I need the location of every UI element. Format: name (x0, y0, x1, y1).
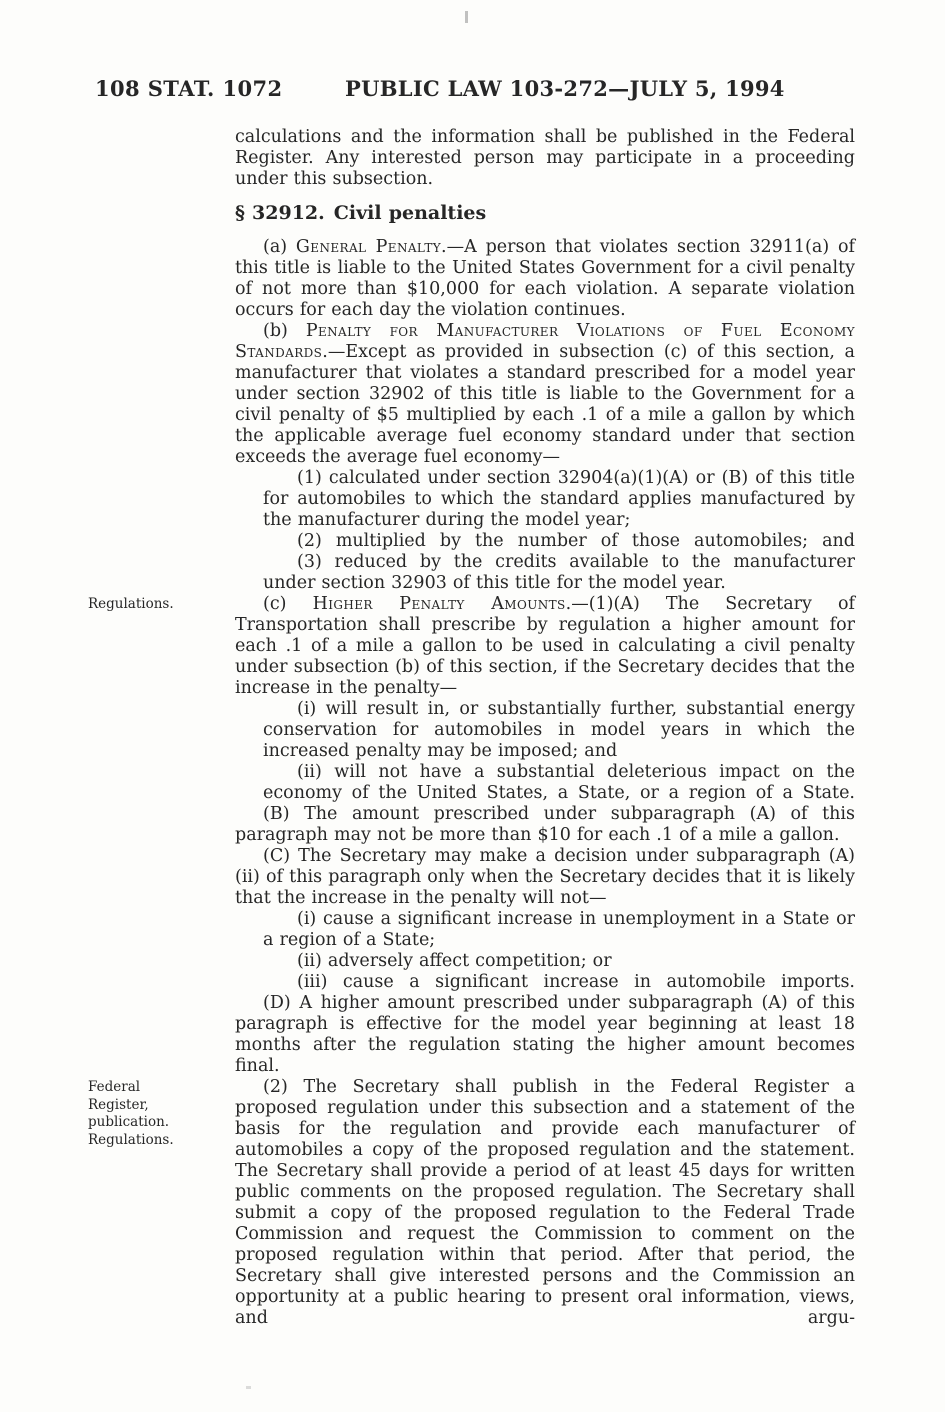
para-c-1-C: (C) The Secretary may make a decision un… (235, 846, 855, 909)
para-c-1-C-iii: (iii) cause a significant increase in au… (263, 972, 855, 993)
para-c-1-C-ii: (ii) adversely affect competition; or (263, 951, 855, 972)
para-b-manufacturer-penalty: (b) Penalty for Manufacturer Violations … (235, 321, 855, 468)
scan-artifact-bottom (246, 1386, 251, 1389)
margin-note-federal-register: FederalRegister,publication.Regulations. (88, 1079, 228, 1149)
para-c-1-B: (B) The amount prescribed under subparag… (235, 804, 855, 846)
para-c-1-C-i: (i) cause a significant increase in unem… (263, 909, 855, 951)
para-b-3: (3) reduced by the credits available to … (263, 552, 855, 594)
para-c-2: (2) The Secretary shall publish in the F… (235, 1077, 855, 1329)
para-b-1: (1) calculated under section 32904(a)(1)… (263, 468, 855, 531)
para-b-2: (2) multiplied by the number of those au… (263, 531, 855, 552)
para-continuation: calculations and the information shall b… (235, 127, 855, 190)
statute-page: 108 STAT. 1072 PUBLIC LAW 103-272—JULY 5… (0, 0, 945, 1412)
section-heading: § 32912.Civil penalties (235, 202, 855, 224)
scan-artifact-top (465, 11, 468, 23)
para-c-1-i: (i) will result in, or substantially fur… (263, 699, 855, 762)
body-text-column: calculations and the information shall b… (235, 127, 855, 1329)
para-c-higher-penalty: (c) Higher Penalty Amounts.—(1)(A) The S… (235, 594, 855, 699)
public-law-title: PUBLIC LAW 103-272—JULY 5, 1994 (345, 78, 740, 100)
margin-note-regulations: Regulations. (88, 596, 228, 614)
para-c-1-ii: (ii) will not have a substantial deleter… (263, 762, 855, 804)
page-header: 108 STAT. 1072 PUBLIC LAW 103-272—JULY 5… (95, 78, 855, 102)
para-c-1-D: (D) A higher amount prescribed under sub… (235, 993, 855, 1077)
para-a-general-penalty: (a) General Penalty.—A person that viola… (235, 237, 855, 321)
stat-page-number: 108 STAT. 1072 (95, 78, 283, 100)
